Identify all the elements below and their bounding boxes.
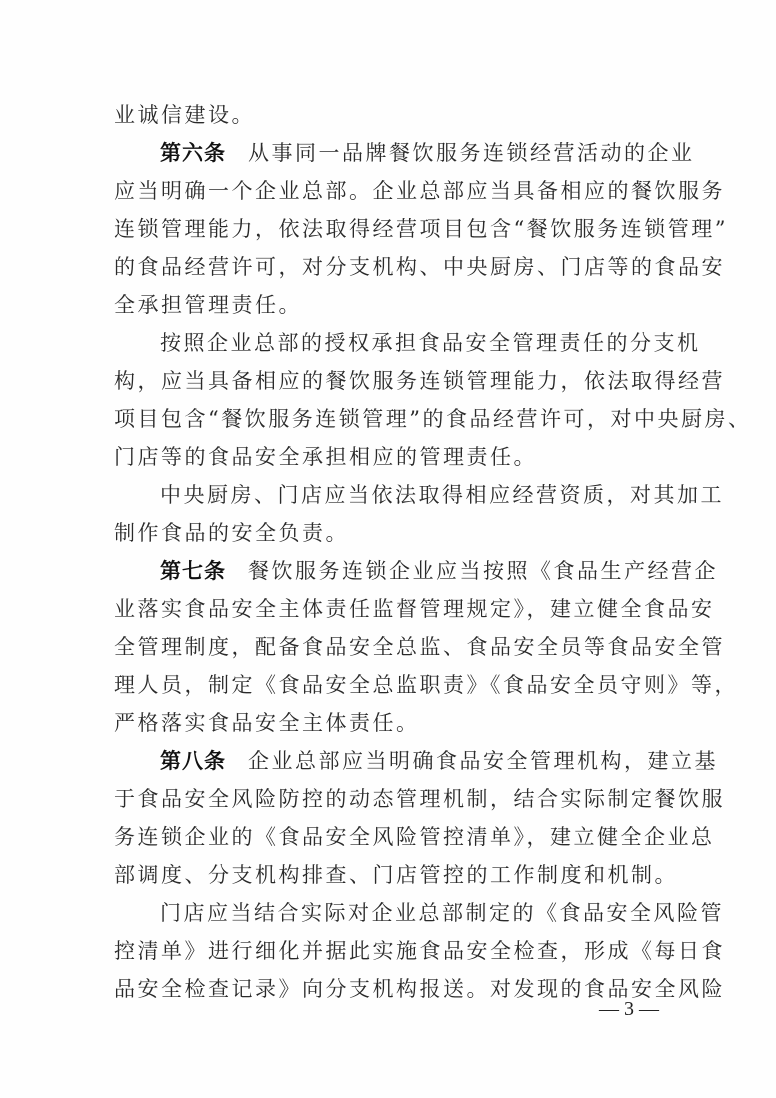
text-line: 制作食品的安全负责。 (114, 514, 670, 552)
line-text: 企业总部应当明确食品安全管理机构，建立基 (248, 749, 718, 773)
text-line: 控清单》进行细化并据此实施食品安全检查，形成《每日食 (114, 932, 670, 970)
text-line: 全承担管理责任。 (114, 286, 670, 324)
text-line: 项目包含“餐饮服务连锁管理”的食品经营许可，对中央厨房、 (114, 400, 670, 438)
text-line: 门店应当结合实际对企业总部制定的《食品安全风险管 (114, 894, 670, 932)
text-line: 的食品经营许可，对分支机构、中央厨房、门店等的食品安 (114, 248, 670, 286)
document-page: 业诚信建设。第六条从事同一品牌餐饮服务连锁经营活动的企业应当明确一个企业总部。企… (0, 0, 776, 1098)
line-text: 应当明确一个企业总部。企业总部应当具备相应的餐饮服务 (114, 179, 725, 203)
article-line: 第七条餐饮服务连锁企业应当按照《食品生产经营企 (114, 552, 670, 590)
article-heading: 第六条 (160, 141, 226, 165)
text-line: 应当明确一个企业总部。企业总部应当具备相应的餐饮服务 (114, 172, 670, 210)
line-text: 业落实食品安全主体责任监督管理规定》，建立健全食品安 (114, 597, 715, 621)
page-number: — 3 — (584, 998, 674, 1021)
line-text: 项目包含“餐饮服务连锁管理”的食品经营许可，对中央厨房、 (114, 407, 751, 431)
text-line: 严格落实食品安全主体责任。 (114, 704, 670, 742)
line-text: 业诚信建设。 (114, 103, 255, 127)
line-text: 全管理制度，配备食品安全总监、食品安全员等食品安全管 (114, 635, 725, 659)
line-text: 理人员，制定《食品安全总监职责》《食品安全员守则》等， (114, 673, 738, 697)
line-text: 连锁管理能力，依法取得经营项目包含“餐饮服务连锁管理” (114, 217, 728, 241)
article-line: 第六条从事同一品牌餐饮服务连锁经营活动的企业 (114, 134, 670, 172)
line-text: 餐饮服务连锁企业应当按照《食品生产经营企 (248, 559, 718, 583)
text-line: 门店等的食品安全承担相应的管理责任。 (114, 438, 670, 476)
text-line: 全管理制度，配备食品安全总监、食品安全员等食品安全管 (114, 628, 670, 666)
line-text: 的食品经营许可，对分支机构、中央厨房、门店等的食品安 (114, 255, 725, 279)
text-line: 务连锁企业的《食品安全风险管控清单》，建立健全企业总 (114, 818, 670, 856)
line-text: 务连锁企业的《食品安全风险管控清单》，建立健全企业总 (114, 825, 715, 849)
text-line: 部调度、分支机构排查、门店管控的工作制度和机制。 (114, 856, 670, 894)
text-line: 按照企业总部的授权承担食品安全管理责任的分支机 (114, 324, 670, 362)
line-text: 构，应当具备相应的餐饮服务连锁管理能力，依法取得经营 (114, 369, 725, 393)
line-text: 中央厨房、门店应当依法取得相应经营资质，对其加工 (160, 483, 724, 507)
text-line: 理人员，制定《食品安全总监职责》《食品安全员守则》等， (114, 666, 670, 704)
line-text: 门店等的食品安全承担相应的管理责任。 (114, 445, 537, 469)
line-text: 门店应当结合实际对企业总部制定的《食品安全风险管 (160, 901, 724, 925)
text-line: 业落实食品安全主体责任监督管理规定》，建立健全食品安 (114, 590, 670, 628)
text-line: 连锁管理能力，依法取得经营项目包含“餐饮服务连锁管理” (114, 210, 670, 248)
body-text: 业诚信建设。第六条从事同一品牌餐饮服务连锁经营活动的企业应当明确一个企业总部。企… (114, 96, 670, 1008)
article-line: 第八条企业总部应当明确食品安全管理机构，建立基 (114, 742, 670, 780)
line-text: 从事同一品牌餐饮服务连锁经营活动的企业 (248, 141, 695, 165)
line-text: 控清单》进行细化并据此实施食品安全检查，形成《每日食 (114, 939, 725, 963)
article-heading: 第八条 (160, 749, 226, 773)
line-text: 按照企业总部的授权承担食品安全管理责任的分支机 (160, 331, 701, 355)
text-line: 于食品安全风险防控的动态管理机制，结合实际制定餐饮服 (114, 780, 670, 818)
article-heading: 第七条 (160, 559, 226, 583)
line-text: 严格落实食品安全主体责任。 (114, 711, 420, 735)
text-line: 业诚信建设。 (114, 96, 670, 134)
text-line: 中央厨房、门店应当依法取得相应经营资质，对其加工 (114, 476, 670, 514)
text-line: 构，应当具备相应的餐饮服务连锁管理能力，依法取得经营 (114, 362, 670, 400)
line-text: 部调度、分支机构排查、门店管控的工作制度和机制。 (114, 863, 678, 887)
line-text: 制作食品的安全负责。 (114, 521, 349, 545)
line-text: 于食品安全风险防控的动态管理机制，结合实际制定餐饮服 (114, 787, 725, 811)
line-text: 全承担管理责任。 (114, 293, 302, 317)
